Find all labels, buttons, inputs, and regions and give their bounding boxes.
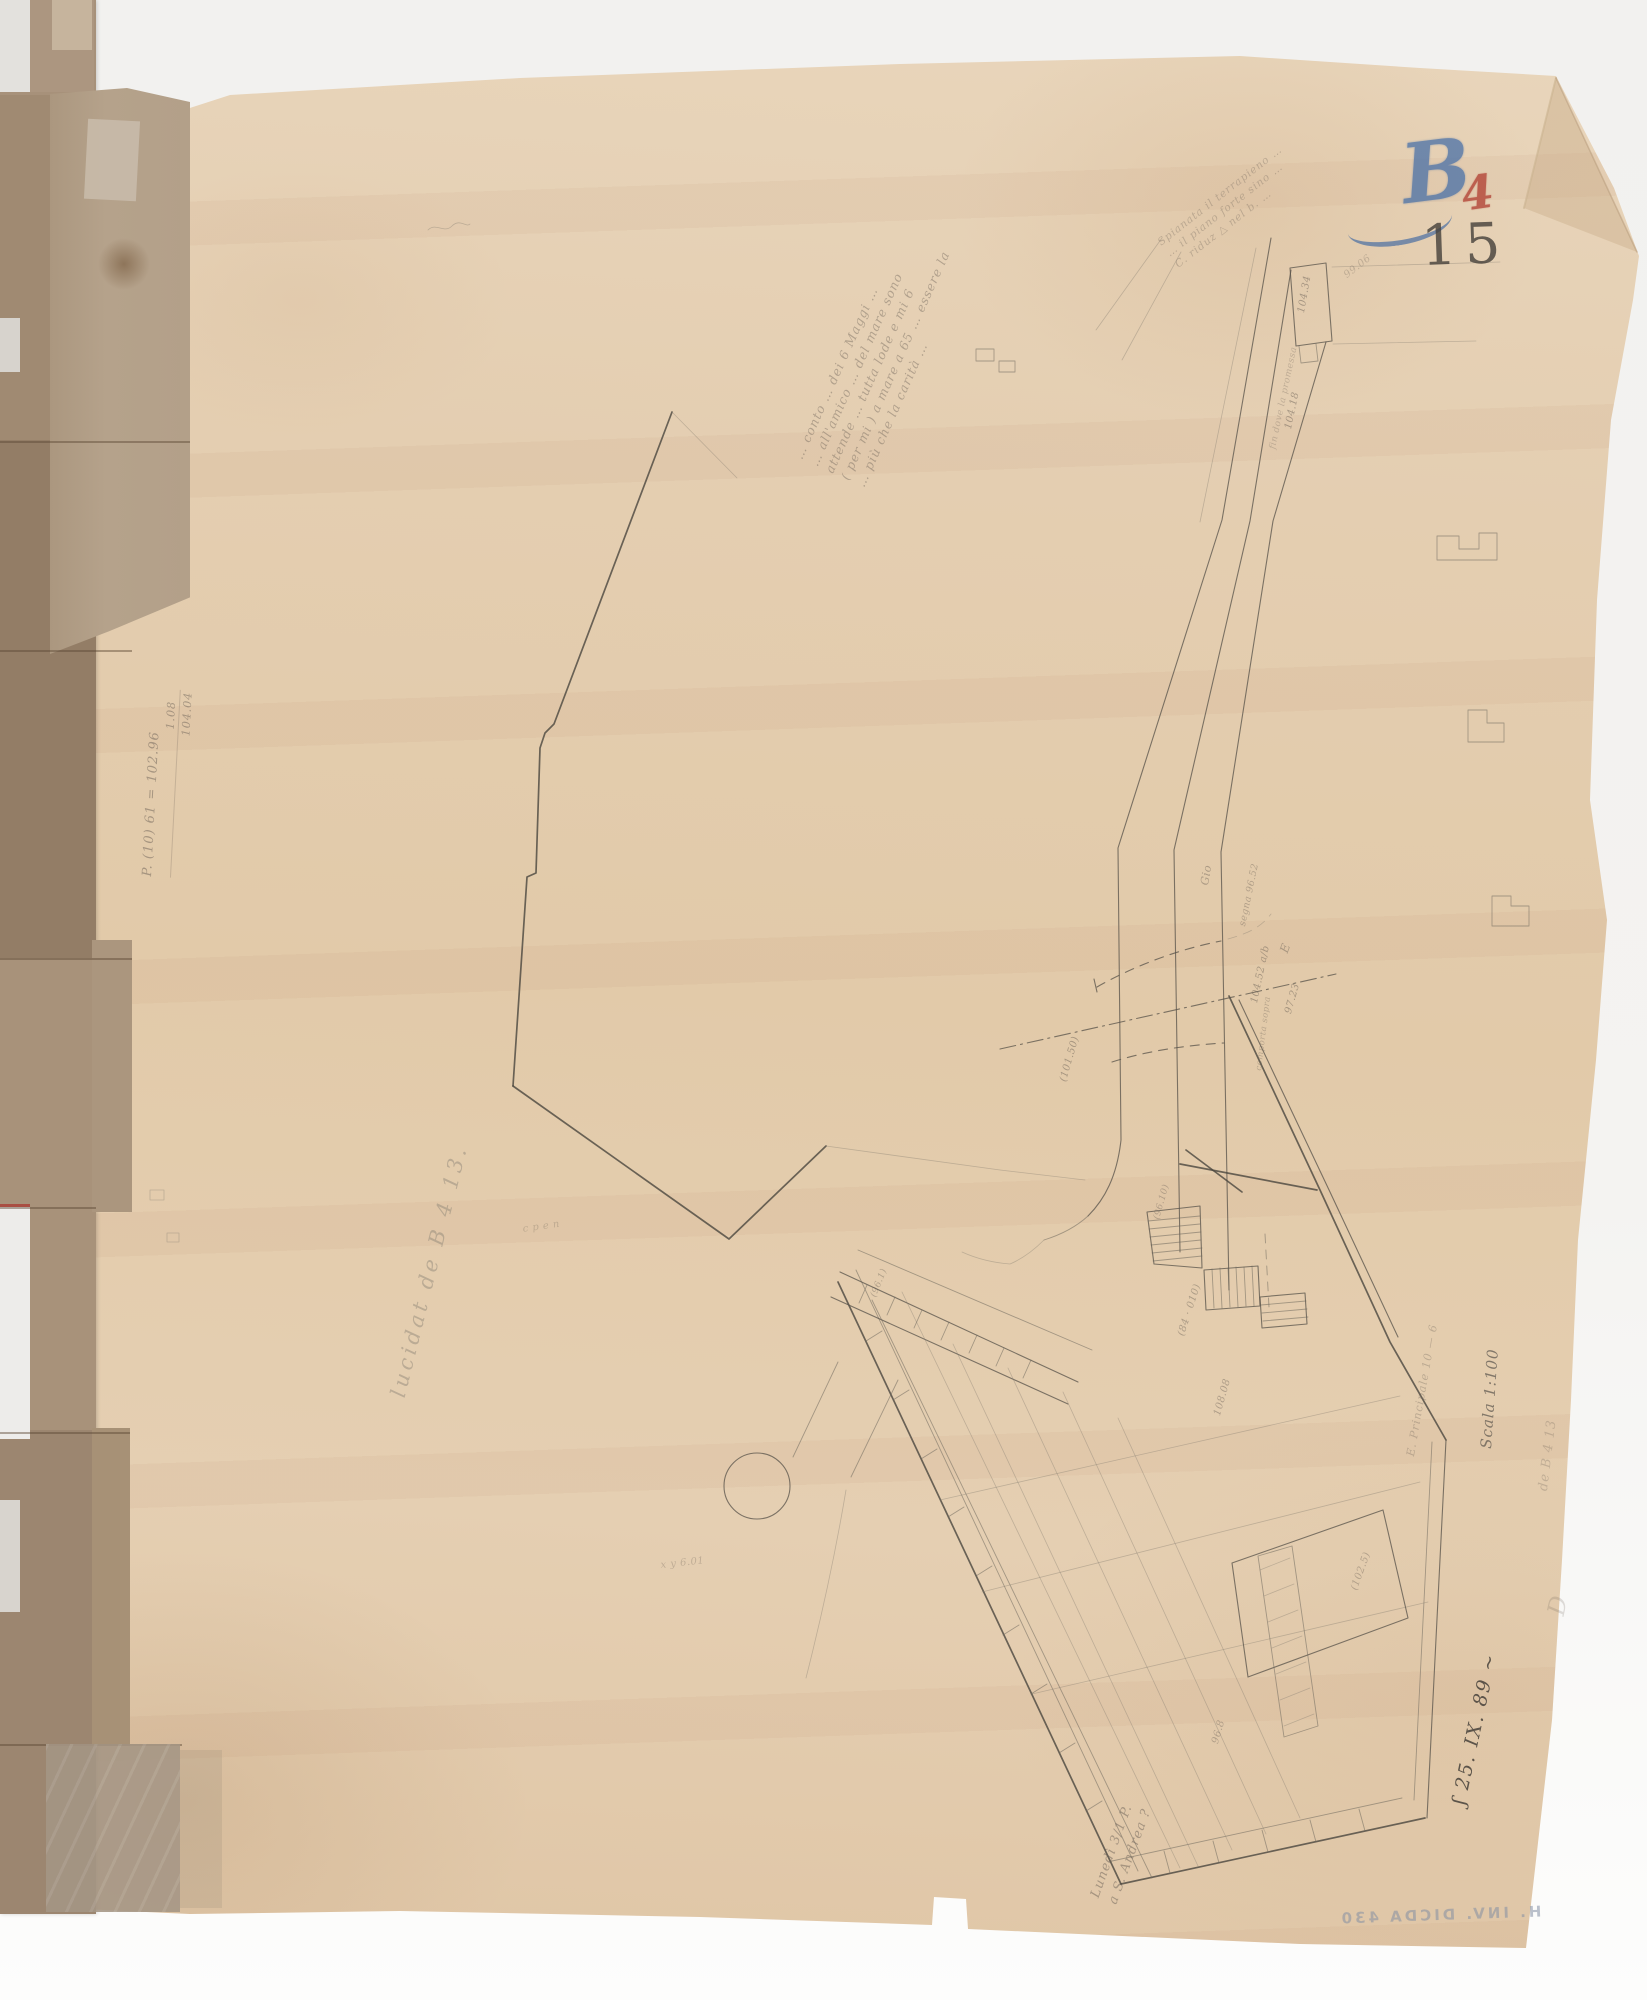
strip-seam bbox=[0, 1207, 96, 1209]
paper-tear bbox=[0, 1500, 20, 1612]
scan-background: … conto … dei 6 Maggi … … all'amico … de… bbox=[0, 0, 1647, 2000]
foxing-spots bbox=[201, 228, 1569, 1928]
tape-flap bbox=[84, 119, 140, 202]
binding-mid-piece bbox=[92, 1428, 130, 1746]
sheet-number-15: 15 bbox=[1420, 211, 1509, 279]
strip-seam bbox=[0, 650, 132, 652]
strip-seam bbox=[0, 958, 132, 960]
tape-patch-shadow bbox=[180, 1750, 222, 1908]
binding-strip-top-piece bbox=[0, 0, 32, 92]
left-calc-note: P. (10) 61 = 102.96 1.08 104.04 bbox=[140, 688, 196, 878]
white-window bbox=[0, 1204, 30, 1439]
plan-linework-svg bbox=[0, 0, 1647, 2000]
tape-patch-bottom bbox=[46, 1744, 180, 1912]
glue-stain bbox=[98, 238, 150, 290]
binding-strip-top-piece bbox=[52, 0, 92, 50]
paper-tear bbox=[0, 318, 20, 372]
strip-seam bbox=[0, 441, 190, 443]
strip-seam bbox=[0, 1432, 130, 1434]
binding-mid-piece bbox=[92, 940, 132, 1212]
